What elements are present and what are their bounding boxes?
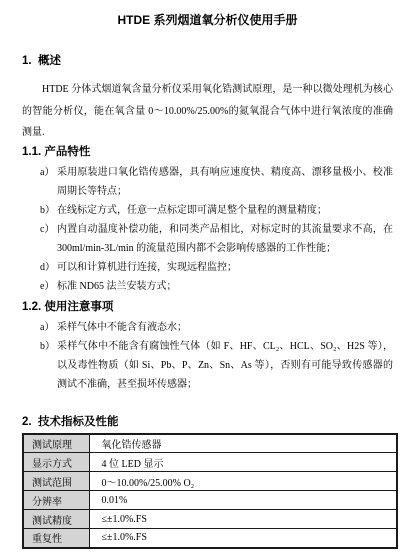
spec-value-cell: 4 位 LED 显示 — [89, 453, 397, 472]
item-label: b） — [40, 337, 57, 394]
spec-label-cell: 测试范围 — [23, 472, 89, 491]
table-row: 分辨率 0.01% — [23, 491, 397, 510]
spec-label-cell: 显示方式 — [23, 453, 89, 472]
item-text: 采样气体中不能含有腐蚀性气体（如 F、HF、CL₂、HCL、SO₂、H2S 等）… — [57, 337, 393, 394]
usage-notes-list: a） 采样气体中不能含有液态水； b） 采样气体中不能含有腐蚀性气体（如 F、H… — [22, 318, 393, 394]
section-1-1-heading: 1.1. 产品特性 — [22, 145, 393, 159]
spec-value-cell: ≤±1.0%.FS — [89, 510, 397, 529]
spec-table: 测试原理 氧化锆传感器 显示方式 4 位 LED 显示 测试范围 0～10.00… — [22, 433, 398, 549]
list-item: a） 采用原装进口氧化锆传感器，具有响应速度快、精度高、漂移量极小、校准周期长等… — [40, 163, 393, 201]
item-label: d） — [40, 258, 57, 277]
item-label: a） — [40, 318, 57, 337]
spec-value-cell: ≤±1.0%.FS — [89, 529, 397, 548]
item-text: 采样气体中不能含有液态水； — [57, 318, 393, 337]
section-1-heading: 1. 概述 — [22, 54, 393, 68]
table-row: 显示方式 4 位 LED 显示 — [23, 453, 397, 472]
list-item: d） 可以和计算机进行连接，实现远程监控； — [40, 258, 393, 277]
table-row: 重复性 ≤±1.0%.FS — [23, 529, 397, 548]
item-label: e） — [40, 277, 57, 296]
spec-label-cell: 重复性 — [23, 529, 89, 548]
list-item: b） 采样气体中不能含有腐蚀性气体（如 F、HF、CL₂、HCL、SO₂、H2S… — [40, 337, 393, 394]
spec-value-cell: 0～10.00%/25.00% O₂ — [89, 472, 397, 491]
spec-label-cell: 测试精度 — [23, 510, 89, 529]
item-text: 标准 ND65 法兰安装方式； — [57, 277, 393, 296]
section-1-2-heading: 1.2. 使用注意事项 — [22, 300, 393, 314]
section-2-heading: 2. 技术指标及性能 — [22, 415, 393, 429]
item-text: 内置自动温度补偿功能，和同类产品相比，对标定时的其流量要求不高，在 300ml/… — [57, 220, 393, 258]
section-1-paragraph: HTDE 分体式烟道氧含量分析仪采用氧化锆测试原理，是一种以微处理机为核心的智能… — [22, 79, 393, 144]
manual-page: HTDE 系列烟道氧分析仪使用手册 1. 概述 HTDE 分体式烟道氧含量分析仪… — [0, 0, 408, 555]
list-item: e） 标准 ND65 法兰安装方式； — [40, 277, 393, 296]
spec-value-cell: 氧化锆传感器 — [89, 434, 397, 453]
table-row: 测试精度 ≤±1.0%.FS — [23, 510, 397, 529]
document-title: HTDE 系列烟道氧分析仪使用手册 — [22, 12, 393, 28]
spec-label-cell: 测试原理 — [23, 434, 89, 453]
list-item: a） 采样气体中不能含有液态水； — [40, 318, 393, 337]
list-item: c） 内置自动温度补偿功能，和同类产品相比，对标定时的其流量要求不高，在 300… — [40, 220, 393, 258]
item-label: c） — [40, 220, 57, 258]
list-item: b） 在线标定方式，任意一点标定即可满足整个量程的测量精度； — [40, 201, 393, 220]
item-text: 可以和计算机进行连接，实现远程监控； — [57, 258, 393, 277]
product-features-list: a） 采用原装进口氧化锆传感器，具有响应速度快、精度高、漂移量极小、校准周期长等… — [22, 163, 393, 296]
item-label: a） — [40, 163, 57, 201]
spec-value-cell: 0.01% — [89, 491, 397, 510]
item-text: 在线标定方式，任意一点标定即可满足整个量程的测量精度； — [57, 201, 393, 220]
table-row: 测试范围 0～10.00%/25.00% O₂ — [23, 472, 397, 491]
table-row: 测试原理 氧化锆传感器 — [23, 434, 397, 453]
spec-label-cell: 分辨率 — [23, 491, 89, 510]
item-text: 采用原装进口氧化锆传感器，具有响应速度快、精度高、漂移量极小、校准周期长等特点； — [57, 163, 393, 201]
item-label: b） — [40, 201, 57, 220]
